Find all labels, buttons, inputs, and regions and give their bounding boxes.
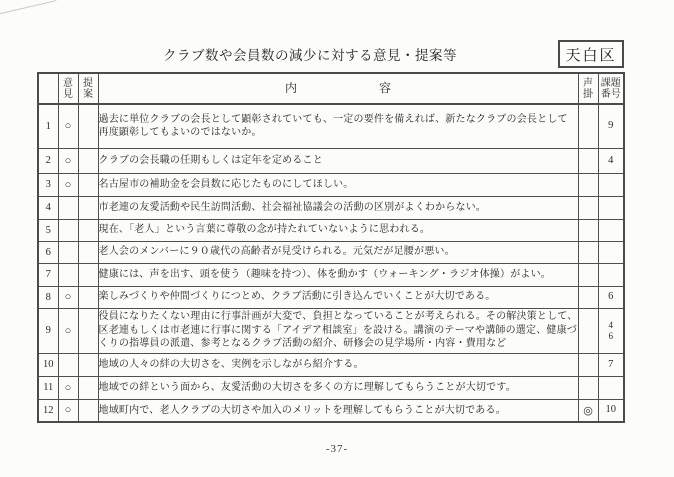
- row-number: 5: [38, 219, 58, 241]
- row-number: 11: [38, 376, 58, 399]
- table-row: 5現在、「老人」という言葉に尊敬の念が持たれていないように思われる。: [38, 219, 624, 241]
- row-number: 6: [38, 241, 58, 263]
- header-issue-number: 課題 番号: [598, 73, 624, 104]
- opinion-mark: [58, 241, 78, 263]
- voice-mark: [578, 148, 598, 173]
- row-content: 地域町内で、老人クラブの大切さや加入のメリットを理解してもらうことが大切である。: [98, 399, 578, 422]
- header-content-char-2: 容: [379, 81, 391, 95]
- row-content: 健康には、声を出す、頭を使う（趣味を持つ）、体を動かす（ウォーキング・ラジオ体操…: [98, 263, 578, 286]
- issue-numbers: 7: [598, 353, 624, 376]
- row-content: 現在、「老人」という言葉に尊敬の念が持たれていないように思われる。: [98, 219, 578, 241]
- voice-mark: [578, 353, 598, 376]
- page-title: クラブ数や会員数の減少に対する意見・提案等: [60, 44, 560, 64]
- proposal-mark: [78, 263, 98, 286]
- voice-mark: [578, 286, 598, 308]
- issue-numbers: 4 6: [598, 308, 624, 353]
- row-number: 2: [38, 148, 58, 173]
- page-number: -37-: [0, 443, 674, 455]
- issue-numbers: 10: [598, 399, 624, 422]
- row-content: クラブの会長職の任期もしくは定年を定めること: [98, 148, 578, 173]
- voice-mark: [578, 376, 598, 399]
- row-number: 7: [38, 263, 58, 286]
- opinion-mark: [58, 353, 78, 376]
- voice-mark: [578, 104, 598, 148]
- opinion-mark: ○: [58, 376, 78, 399]
- issue-numbers: [598, 196, 624, 219]
- voice-mark: [578, 241, 598, 263]
- voice-mark: [578, 308, 598, 353]
- row-content: 役員になりたくない理由に行事計画が大変で、負担となっていることが考えられる。その…: [98, 308, 578, 353]
- voice-mark: ◎: [578, 399, 598, 422]
- proposal-mark: [78, 308, 98, 353]
- scan-artifact-line: [0, 0, 57, 15]
- table-row: 11○地域での絆という面から、友愛活動の大切さを多くの方に理解してもらうことが大…: [38, 376, 624, 399]
- table-row: 1○過去に単位クラブの会長として顕彰されていても、一定の要件を備えれば、新たなク…: [38, 104, 624, 148]
- row-content: 地域での絆という面から、友愛活動の大切さを多くの方に理解してもらうことが大切です…: [98, 376, 578, 399]
- proposal-mark: [78, 399, 98, 422]
- table-body: 1○過去に単位クラブの会長として顕彰されていても、一定の要件を備えれば、新たなク…: [38, 104, 624, 422]
- issue-numbers: 6: [598, 286, 624, 308]
- voice-mark: [578, 219, 598, 241]
- row-content: 楽しみづくりや仲間づくりにつとめ、クラブ活動に引き込んでいくことが大切である。: [98, 286, 578, 308]
- proposal-mark: [78, 196, 98, 219]
- header-row: 意 見 提 案 内容 声 掛 課題 番号: [38, 73, 624, 104]
- proposal-mark: [78, 241, 98, 263]
- issue-numbers: [598, 263, 624, 286]
- row-number: 12: [38, 399, 58, 422]
- opinion-mark: ○: [58, 148, 78, 173]
- row-content: 地域の人々の絆の大切さを、実例を示しながら紹介する。: [98, 353, 578, 376]
- voice-mark: [578, 196, 598, 219]
- proposal-mark: [78, 376, 98, 399]
- opinion-mark: [58, 263, 78, 286]
- proposal-mark: [78, 353, 98, 376]
- row-number: 4: [38, 196, 58, 219]
- row-number: 8: [38, 286, 58, 308]
- issue-numbers: [598, 376, 624, 399]
- header-proposal: 提 案: [78, 73, 98, 104]
- row-content: 老人会のメンバーに９０歳代の高齢者が見受けられる。元気だが足腰が悪い。: [98, 241, 578, 263]
- table-row: 4市老連の友愛活動や民生訪問活動、社会福祉協議会の活動の区別がよくわからない。: [38, 196, 624, 219]
- proposal-mark: [78, 286, 98, 308]
- issue-numbers: [598, 173, 624, 196]
- opinions-table: 意 見 提 案 内容 声 掛 課題 番号 1○過去に単位クラブの会長として顕彰さ…: [37, 72, 625, 423]
- row-number: 3: [38, 173, 58, 196]
- proposal-mark: [78, 148, 98, 173]
- header-voice: 声 掛: [578, 73, 598, 104]
- row-number: 10: [38, 353, 58, 376]
- header-content: 内容: [98, 73, 578, 104]
- row-content: 過去に単位クラブの会長として顕彰されていても、一定の要件を備えれば、新たなクラブ…: [98, 104, 578, 148]
- table-row: 10地域の人々の絆の大切さを、実例を示しながら紹介する。7: [38, 353, 624, 376]
- table-row: 12○地域町内で、老人クラブの大切さや加入のメリットを理解してもらうことが大切で…: [38, 399, 624, 422]
- voice-mark: [578, 263, 598, 286]
- opinion-mark: ○: [58, 308, 78, 353]
- header-row-number: [38, 73, 58, 104]
- voice-mark: [578, 173, 598, 196]
- issue-numbers: 4: [598, 148, 624, 173]
- header-opinion: 意 見: [58, 73, 78, 104]
- header-content-char-1: 内: [285, 81, 297, 95]
- opinion-mark: [58, 196, 78, 219]
- row-number: 1: [38, 104, 58, 148]
- opinion-mark: ○: [58, 399, 78, 422]
- table-row: 3○名古屋市の補助金を会員数に応じたものにしてほしい。: [38, 173, 624, 196]
- proposal-mark: [78, 104, 98, 148]
- issue-numbers: [598, 219, 624, 241]
- opinion-mark: ○: [58, 173, 78, 196]
- ward-label: 天白区: [565, 44, 616, 65]
- opinion-mark: ○: [58, 104, 78, 148]
- ward-box: 天白区: [558, 40, 624, 68]
- table-row: 9○役員になりたくない理由に行事計画が大変で、負担となっていることが考えられる。…: [38, 308, 624, 353]
- opinion-mark: ○: [58, 286, 78, 308]
- opinion-mark: [58, 219, 78, 241]
- issue-numbers: 9: [598, 104, 624, 148]
- document-page: クラブ数や会員数の減少に対する意見・提案等 天白区 意 見 提 案 内容 声 掛…: [0, 0, 674, 477]
- table-row: 6老人会のメンバーに９０歳代の高齢者が見受けられる。元気だが足腰が悪い。: [38, 241, 624, 263]
- issue-numbers: [598, 241, 624, 263]
- table-row: 8○楽しみづくりや仲間づくりにつとめ、クラブ活動に引き込んでいくことが大切である…: [38, 286, 624, 308]
- row-number: 9: [38, 308, 58, 353]
- table-row: 7健康には、声を出す、頭を使う（趣味を持つ）、体を動かす（ウォーキング・ラジオ体…: [38, 263, 624, 286]
- row-content: 市老連の友愛活動や民生訪問活動、社会福祉協議会の活動の区別がよくわからない。: [98, 196, 578, 219]
- proposal-mark: [78, 173, 98, 196]
- row-content: 名古屋市の補助金を会員数に応じたものにしてほしい。: [98, 173, 578, 196]
- table-row: 2○クラブの会長職の任期もしくは定年を定めること4: [38, 148, 624, 173]
- proposal-mark: [78, 219, 98, 241]
